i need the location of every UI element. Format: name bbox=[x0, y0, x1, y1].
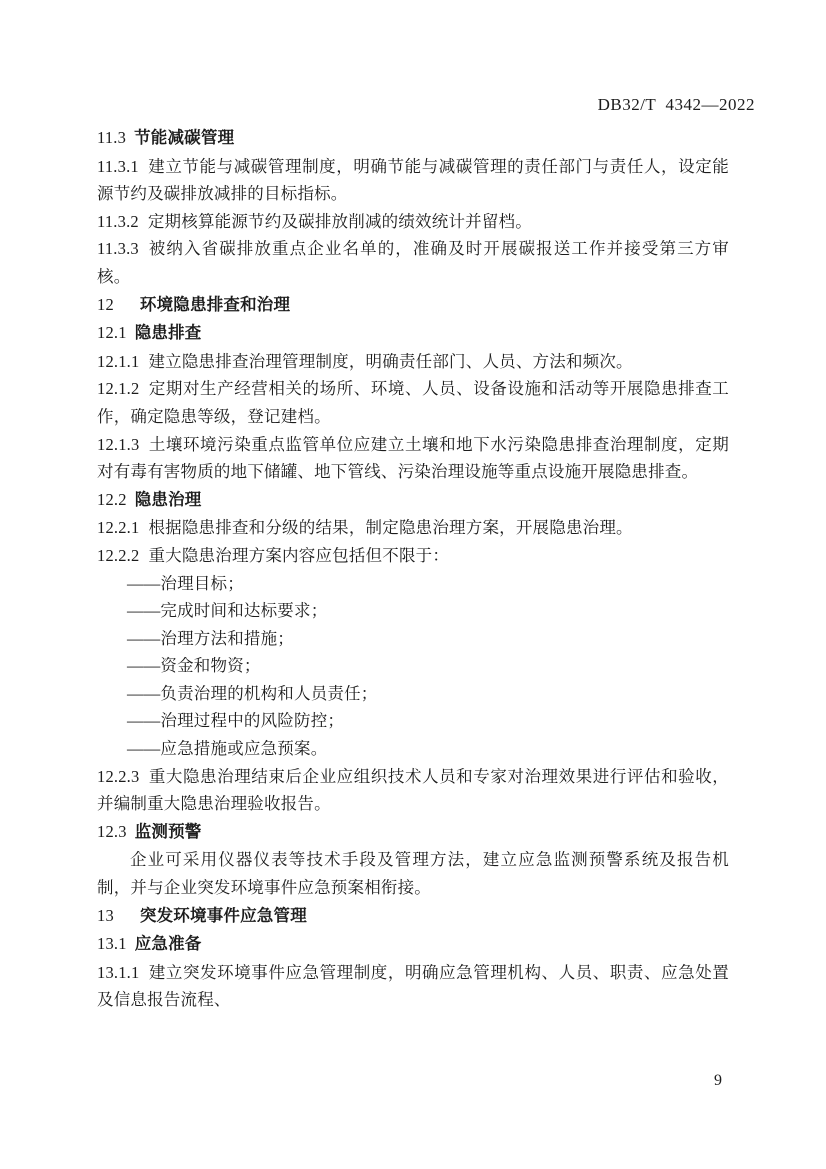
heading-number: 12.2 bbox=[97, 490, 127, 509]
numbered-paragraph: 13.1.1建立突发环境事件应急管理制度，明确应急管理机构、人员、职责、应急处置… bbox=[97, 959, 729, 1014]
heading-title: 应急准备 bbox=[135, 935, 202, 953]
paragraph-text: 重大隐患治理方案内容应包括但不限于： bbox=[148, 546, 449, 565]
heading-number: 12 bbox=[97, 295, 114, 314]
indented-paragraph: 企业可采用仪器仪表等技术手段及管理方法，建立应急监测预警系统及报告机制，并与企业… bbox=[97, 846, 729, 901]
dash-list-item: ——治理目标； bbox=[97, 570, 729, 598]
subclause-heading: 12.1隐患排查 bbox=[97, 319, 729, 348]
numbered-paragraph: 12.1.3土壤环境污染重点监管单位应建立土壤和地下水污染隐患排查治理制度，定期… bbox=[97, 431, 729, 486]
heading-number: 12.1 bbox=[97, 323, 127, 342]
paragraph-text: 建立隐患排查治理管理制度，明确责任部门、人员、方法和频次。 bbox=[148, 352, 632, 371]
heading-number: 11.3 bbox=[97, 128, 126, 147]
paragraph-number: 12.2.2 bbox=[97, 546, 139, 565]
paragraph-number: 12.1.2 bbox=[97, 379, 139, 398]
dash-list-item: ——完成时间和达标要求； bbox=[97, 597, 729, 625]
paragraph-number: 12.2.3 bbox=[97, 767, 139, 786]
numbered-paragraph: 12.2.2重大隐患治理方案内容应包括但不限于： bbox=[97, 542, 729, 570]
heading-title: 隐患排查 bbox=[135, 324, 202, 342]
standard-number-header: DB32/T 4342—2022 bbox=[598, 95, 755, 115]
numbered-paragraph: 11.3.3被纳入省碳排放重点企业名单的，准确及时开展碳报送工作并接受第三方审核… bbox=[97, 235, 729, 290]
clause-heading: 13突发环境事件应急管理 bbox=[97, 902, 729, 931]
paragraph-text: 根据隐患排查和分级的结果，制定隐患治理方案，开展隐患治理。 bbox=[148, 518, 632, 537]
dash-list-item: ——负责治理的机构和人员责任； bbox=[97, 680, 729, 708]
heading-number: 12.3 bbox=[97, 822, 127, 841]
paragraph-text: 重大隐患治理结束后企业应组织技术人员和专家对治理效果进行评估和验收，并编制重大隐… bbox=[97, 767, 729, 814]
numbered-paragraph: 11.3.2定期核算能源节约及碳排放削减的绩效统计并留档。 bbox=[97, 208, 729, 236]
paragraph-number: 11.3.3 bbox=[97, 239, 139, 258]
heading-title: 突发环境事件应急管理 bbox=[140, 907, 307, 925]
paragraph-number: 12.2.1 bbox=[97, 518, 139, 537]
subclause-heading: 12.3监测预警 bbox=[97, 818, 729, 847]
dash-list-item: ——治理过程中的风险防控； bbox=[97, 707, 729, 735]
paragraph-number: 12.1.1 bbox=[97, 352, 139, 371]
subclause-heading: 11.3节能减碳管理 bbox=[97, 124, 729, 153]
paragraph-number: 12.1.3 bbox=[97, 435, 139, 454]
document-page: DB32/T 4342—2022 11.3节能减碳管理11.3.1建立节能与减碳… bbox=[0, 0, 826, 1169]
paragraph-text: 土壤环境污染重点监管单位应建立土壤和地下水污染隐患排查治理制度，定期对有毒有害物… bbox=[97, 435, 729, 482]
numbered-paragraph: 12.2.3重大隐患治理结束后企业应组织技术人员和专家对治理效果进行评估和验收，… bbox=[97, 763, 729, 818]
numbered-paragraph: 11.3.1建立节能与减碳管理制度，明确节能与减碳管理的责任部门与责任人，设定能… bbox=[97, 153, 729, 208]
numbered-paragraph: 12.1.1建立隐患排查治理管理制度，明确责任部门、人员、方法和频次。 bbox=[97, 348, 729, 376]
clause-heading: 12环境隐患排查和治理 bbox=[97, 291, 729, 320]
subclause-heading: 13.1应急准备 bbox=[97, 930, 729, 959]
paragraph-text: 建立突发环境事件应急管理制度，明确应急管理机构、人员、职责、应急处置及信息报告流… bbox=[97, 963, 729, 1010]
paragraph-text: 被纳入省碳排放重点企业名单的，准确及时开展碳报送工作并接受第三方审核。 bbox=[97, 239, 729, 286]
heading-number: 13.1 bbox=[97, 934, 127, 953]
heading-title: 监测预警 bbox=[135, 823, 202, 841]
paragraph-text: 定期核算能源节约及碳排放削减的绩效统计并留档。 bbox=[148, 212, 532, 231]
subclause-heading: 12.2隐患治理 bbox=[97, 486, 729, 515]
dash-list-item: ——治理方法和措施； bbox=[97, 625, 729, 653]
document-body: 11.3节能减碳管理11.3.1建立节能与减碳管理制度，明确节能与减碳管理的责任… bbox=[97, 124, 729, 1014]
heading-title: 节能减碳管理 bbox=[134, 129, 234, 147]
paragraph-text: 定期对生产经营相关的场所、环境、人员、设备设施和活动等开展隐患排查工作，确定隐患… bbox=[97, 379, 729, 426]
paragraph-text: 建立节能与减碳管理制度，明确节能与减碳管理的责任部门与责任人，设定能源节约及碳排… bbox=[97, 157, 729, 204]
paragraph-number: 11.3.2 bbox=[97, 212, 139, 231]
heading-title: 环境隐患排查和治理 bbox=[140, 296, 290, 314]
page-number: 9 bbox=[714, 1072, 722, 1090]
numbered-paragraph: 12.2.1根据隐患排查和分级的结果，制定隐患治理方案，开展隐患治理。 bbox=[97, 514, 729, 542]
dash-list-item: ——应急措施或应急预案。 bbox=[97, 735, 729, 763]
heading-number: 13 bbox=[97, 906, 114, 925]
dash-list-item: ——资金和物资； bbox=[97, 652, 729, 680]
paragraph-number: 11.3.1 bbox=[97, 157, 139, 176]
paragraph-number: 13.1.1 bbox=[97, 963, 139, 982]
heading-title: 隐患治理 bbox=[135, 491, 202, 509]
numbered-paragraph: 12.1.2定期对生产经营相关的场所、环境、人员、设备设施和活动等开展隐患排查工… bbox=[97, 375, 729, 430]
